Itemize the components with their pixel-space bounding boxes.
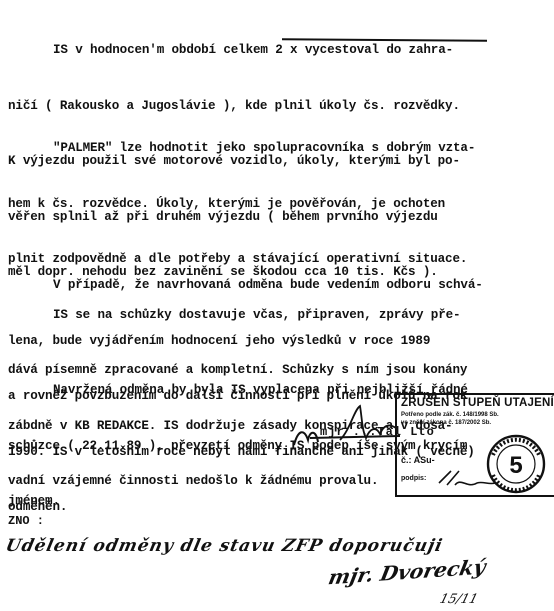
text-line: hem k čs. rozvědce. Úkoly, kterými je po…	[8, 195, 548, 214]
text-line: IS v hodnocen'm období celkem 2 x vycest…	[8, 41, 548, 60]
round-seal-icon: 5	[485, 433, 547, 495]
stamp-signature-field: podpis:	[401, 475, 426, 482]
handwritten-signature: mjr. Dvorecký	[326, 555, 487, 590]
stamp-number-field: č.: ASu-	[401, 455, 435, 465]
text-line: "PALMER" lze hodnotit jeko spolupracovní…	[8, 139, 548, 158]
text-line: V případě, že navrhovaná odměna bude ved…	[8, 276, 548, 295]
handwritten-date: 15/11	[438, 592, 479, 607]
handwritten-note: Udělení odměny dle stavu ZFP doporučuji	[4, 536, 445, 556]
zno-label: ZNO :	[8, 514, 44, 528]
stamp-law-line: Potřeno podle zák. č. 148/1998 Sb.	[401, 412, 499, 418]
stamp-title: ZRUŠEN STUPEŇ UTAJENÍ	[401, 397, 554, 409]
stamp-law-line: ve znění zákona č. 187/2002 Sb.	[401, 420, 491, 426]
svg-text:5: 5	[509, 452, 522, 479]
declassification-stamp: ZRUŠEN STUPEŇ UTAJENÍ Potřeno podle zák.…	[395, 393, 554, 497]
document-page: IS v hodnocen'm období celkem 2 x vycest…	[0, 0, 554, 611]
